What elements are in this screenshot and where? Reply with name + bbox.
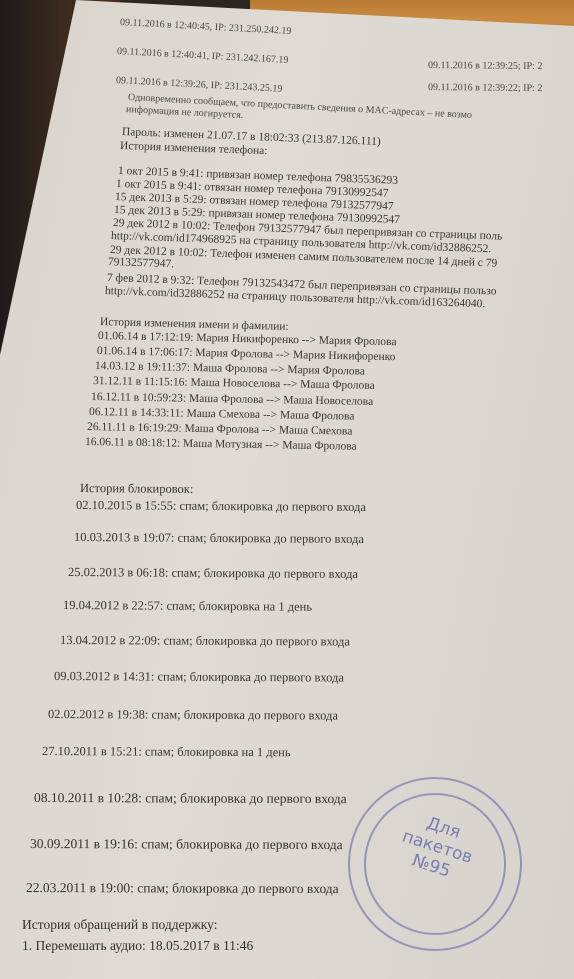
- ip-log-entry: 09.11.2016 в 12:40:41, IP: 231.242.167.1…: [117, 46, 289, 66]
- block-history-entry: 09.03.2012 в 14:31: спам; блокировка до …: [54, 669, 344, 686]
- phone-history-entry: 79132577947.: [108, 256, 175, 270]
- name-history-entry: 31.12.11 в 11:15:16: Маша Новоселова -->…: [93, 375, 375, 392]
- block-history-title: История блокировок:: [80, 481, 193, 497]
- ip-log-entry: 09.11.2016 в 12:40:45, IP: 231.250.242.1…: [120, 17, 292, 37]
- printed-document-page: 09.11.2016 в 12:40:45, IP: 231.250.242.1…: [0, 0, 574, 979]
- block-history-entry: 13.04.2012 в 22:09: спам; блокировка до …: [60, 633, 350, 650]
- block-history-entry: 22.03.2011 в 19:00: спам; блокировка до …: [26, 880, 339, 897]
- block-history-entry: 02.10.2015 в 15:55: спам; блокировка до …: [76, 498, 366, 515]
- ip-log-entry-right: 09.11.2016 в 12:39:25; IP: 2: [428, 60, 542, 72]
- block-history-entry: 19.04.2012 в 22:57: спам; блокировка на …: [63, 598, 312, 615]
- support-history-entry: 1. Перемешать аудио: 18.05.2017 в 11:46: [22, 938, 253, 954]
- name-history-entry: 16.12.11 в 10:59:23: Маша Фролова --> Ма…: [91, 391, 373, 408]
- ink-stamp: Для пакетов №95: [337, 766, 534, 963]
- support-history-title: История обращений в поддержку:: [22, 917, 217, 933]
- name-history-entry: 06.12.11 в 14:33:11: Маша Смехова --> Ма…: [89, 406, 355, 423]
- block-history-entry: 25.02.2013 в 06:18: спам; блокировка до …: [68, 565, 358, 582]
- name-history-entry: 26.11.11 в 16:19:29: Маша Фролова --> Ма…: [87, 421, 353, 438]
- block-history-entry: 10.03.2013 в 19:07: спам; блокировка до …: [74, 530, 364, 547]
- block-history-entry: 02.02.2012 в 19:38: спам; блокировка до …: [48, 707, 338, 724]
- name-history-entry: 16.06.11 в 08:18:12: Маша Мотузная --> М…: [85, 436, 357, 453]
- block-history-entry: 08.10.2011 в 10:28: спам; блокировка до …: [34, 790, 347, 807]
- block-history-entry: 30.09.2011 в 19:16: спам; блокировка до …: [30, 836, 343, 853]
- block-history-entry: 27.10.2011 в 15:21: спам; блокировка на …: [42, 744, 291, 760]
- ip-log-entry-right: 09.11.2016 в 12:39:22; IP: 2: [428, 82, 542, 94]
